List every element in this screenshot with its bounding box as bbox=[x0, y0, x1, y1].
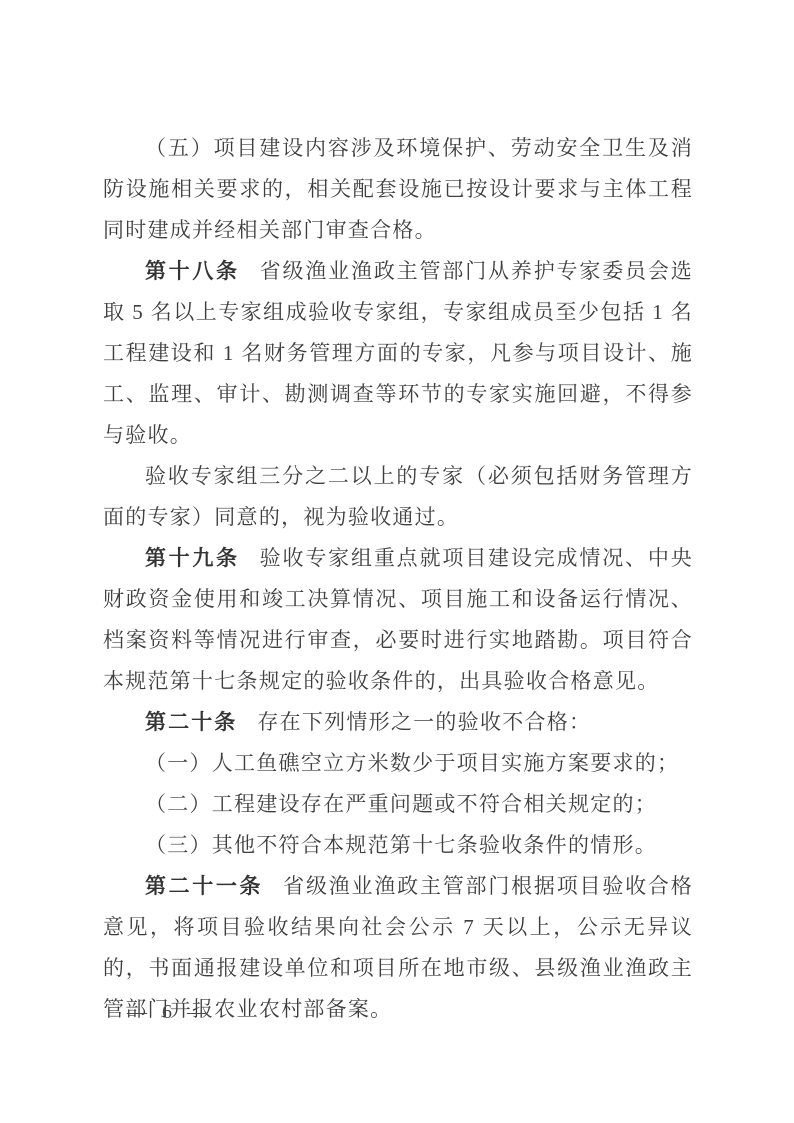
paragraph: 验收专家组三分之二以上的专家（必须包括财务管理方面的专家）同意的，视为验收通过。 bbox=[103, 456, 693, 538]
paragraph: （五）项目建设内容涉及环境保护、劳动安全卫生及消防设施相关要求的，相关配套设施已… bbox=[103, 128, 693, 251]
page-number: — 6 — bbox=[127, 1001, 212, 1024]
paragraph: （一）人工鱼礁空立方米数少于项目实施方案要求的； bbox=[103, 743, 693, 784]
article-number-label: 第十八条 bbox=[145, 259, 240, 283]
paragraph-text: 省级渔业渔政主管部门从养护专家委员会选取 5 名以上专家组成验收专家组，专家组成… bbox=[103, 259, 693, 447]
paragraph: 第十九条验收专家组重点就项目建设完成情况、中央财政资金使用和竣工决算情况、项目施… bbox=[103, 538, 693, 702]
paragraph: 第十八条省级渔业渔政主管部门从养护专家委员会选取 5 名以上专家组成验收专家组，… bbox=[103, 251, 693, 456]
paragraph: （三）其他不符合本规范第十七条验收条件的情形。 bbox=[103, 825, 693, 866]
paragraph-text: （一）人工鱼礁空立方米数少于项目实施方案要求的； bbox=[145, 751, 679, 775]
paragraph-text: 存在下列情形之一的验收不合格： bbox=[257, 710, 591, 734]
paragraph-text: （五）项目建设内容涉及环境保护、劳动安全卫生及消防设施相关要求的，相关配套设施已… bbox=[103, 136, 693, 242]
paragraph-text: （二）工程建设存在严重问题或不符合相关规定的； bbox=[145, 792, 657, 816]
paragraph-text: （三）其他不符合本规范第十七条验收条件的情形。 bbox=[145, 833, 657, 857]
article-number-label: 第二十条 bbox=[145, 710, 237, 734]
paragraph-text: 验收专家组三分之二以上的专家（必须包括财务管理方面的专家）同意的，视为验收通过。 bbox=[103, 464, 693, 529]
article-number-label: 第十九条 bbox=[145, 546, 240, 570]
paragraph: 第二十条存在下列情形之一的验收不合格： bbox=[103, 702, 693, 743]
article-number-label: 第二十一条 bbox=[145, 874, 263, 898]
paragraph: （二）工程建设存在严重问题或不符合相关规定的； bbox=[103, 784, 693, 825]
document-page: （五）项目建设内容涉及环境保护、劳动安全卫生及消防设施相关要求的，相关配套设施已… bbox=[0, 0, 794, 1123]
document-body: （五）项目建设内容涉及环境保护、劳动安全卫生及消防设施相关要求的，相关配套设施已… bbox=[103, 128, 693, 1030]
